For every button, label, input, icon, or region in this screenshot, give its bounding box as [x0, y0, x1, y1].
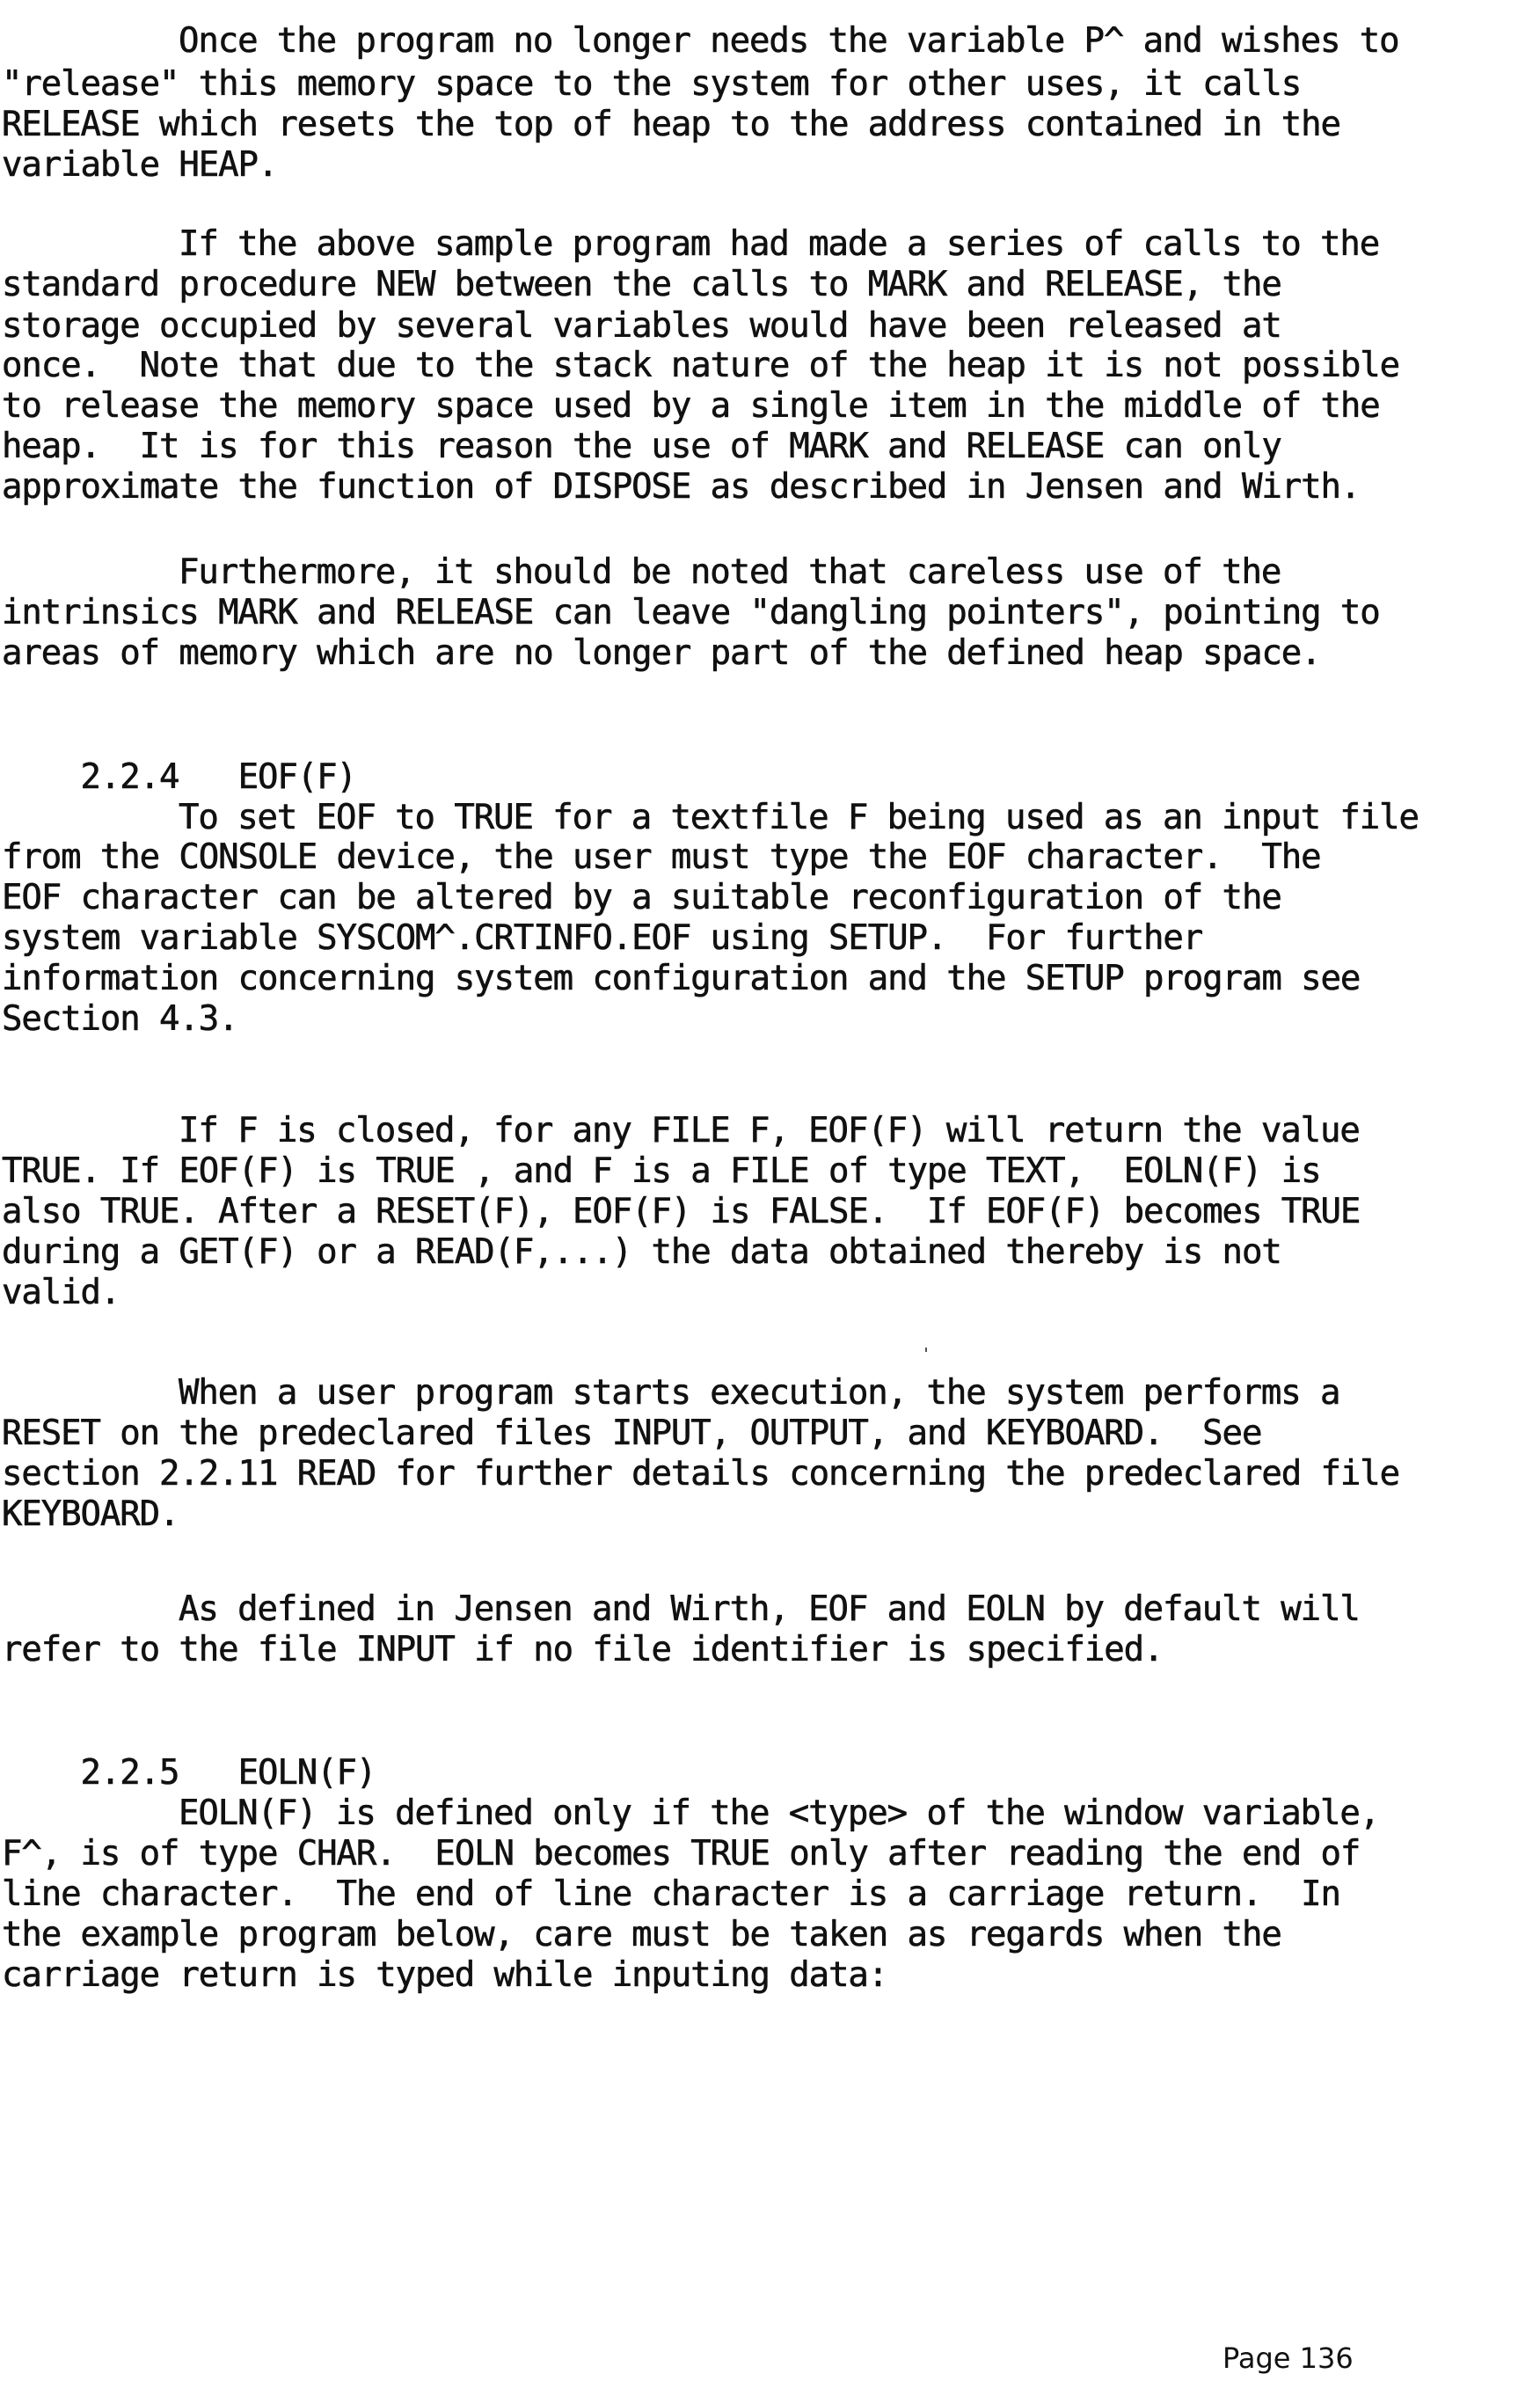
text-line: once. Note that due to the stack nature … — [2, 345, 1399, 387]
text-line: RESET on the predeclared files INPUT, OU… — [2, 1413, 1261, 1455]
text-line: RELEASE which resets the top of heap to … — [2, 104, 1340, 146]
section-number: 2.2.5 — [81, 1753, 179, 1793]
text-line: section 2.2.11 READ for further details … — [2, 1453, 1399, 1495]
text-line: intrinsics MARK and RELEASE can leave "d… — [2, 592, 1380, 634]
text-line: during a GET(F) or a READ(F,...) the dat… — [2, 1231, 1281, 1274]
text-line: areas of memory which are no longer part… — [2, 632, 1320, 675]
section-number: 2.2.4 — [81, 757, 179, 797]
section-title: EOF(F) — [238, 757, 356, 797]
text-line: "release" this memory space to the syste… — [2, 63, 1301, 106]
text-line: refer to the file INPUT if no file ident… — [2, 1629, 1163, 1671]
text-line: information concerning system configurat… — [2, 958, 1360, 1000]
text-line: To set EOF to TRUE for a textfile F bein… — [179, 797, 1419, 839]
text-line: from the CONSOLE device, the user must t… — [2, 836, 1320, 879]
text-line: Section 4.3. — [2, 998, 238, 1041]
text-line: EOF character can be altered by a suitab… — [2, 877, 1281, 919]
text-line: Furthermore, it should be noted that car… — [179, 552, 1281, 594]
text-line: If the above sample program had made a s… — [179, 223, 1379, 266]
document-page: Once the program no longer needs the var… — [0, 0, 1540, 2396]
text-line: When a user program starts execution, th… — [179, 1372, 1339, 1414]
section-title: EOLN(F) — [238, 1753, 376, 1793]
text-line: approximate the function of DISPOSE as d… — [2, 466, 1360, 508]
text-line: storage occupied by several variables wo… — [2, 305, 1281, 347]
page-number: Page 136 — [1223, 2341, 1354, 2375]
text-line: line character. The end of line characte… — [2, 1874, 1340, 1916]
text-line: standard procedure NEW between the calls… — [2, 264, 1281, 306]
text-line: carriage return is typed while inputing … — [2, 1954, 887, 1997]
text-line: KEYBOARD. — [2, 1494, 179, 1536]
text-line: As defined in Jensen and Wirth, EOF and … — [179, 1589, 1360, 1631]
text-line: the example program below, care must be … — [2, 1914, 1281, 1956]
text-line: TRUE. If EOF(F) is TRUE , and F is a FIL… — [2, 1151, 1320, 1193]
text-line: also TRUE. After a RESET(F), EOF(F) is F… — [2, 1191, 1360, 1233]
text-line: system variable SYSCOM^.CRTINFO.EOF usin… — [2, 917, 1202, 960]
text-line: Once the program no longer needs the var… — [179, 20, 1399, 62]
text-line: to release the memory space used by a si… — [2, 385, 1380, 427]
text-line: valid. — [2, 1272, 120, 1314]
text-line: F^, is of type CHAR. EOLN becomes TRUE o… — [2, 1833, 1360, 1875]
text-line: EOLN(F) is defined only if the <type> of… — [179, 1793, 1379, 1835]
text-line: heap. It is for this reason the use of M… — [2, 426, 1281, 468]
scan-speck — [925, 1348, 927, 1352]
text-line: variable HEAP. — [2, 144, 277, 186]
text-line: If F is closed, for any FILE F, EOF(F) w… — [179, 1110, 1360, 1152]
